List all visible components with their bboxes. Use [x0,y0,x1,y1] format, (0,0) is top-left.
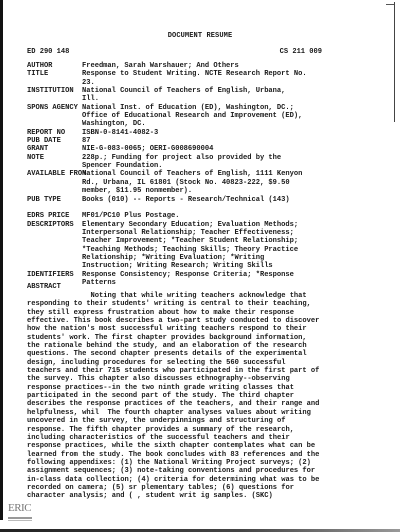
cs-number: CS 211 009 [280,48,322,56]
field-pub-date: PUB DATE 87 [27,137,387,145]
field-value: NIE-G-083-0065; OERI-G008690004 [82,145,387,153]
field-descriptors: DESCRIPTORS Elementary Secondary Educati… [27,221,387,271]
field-label: AVAILABLE FROM [27,170,82,195]
field-edrs-price: EDRS PRICE MF01/PC10 Plus Postage. [27,212,387,220]
field-label: PUB TYPE [27,196,82,204]
field-label: PUB DATE [27,137,82,145]
field-value: MF01/PC10 Plus Postage. [82,212,387,220]
field-label: SPONS AGENCY [27,104,82,129]
scan-left-border [0,0,3,520]
field-value: Response Consistency; Response Criteria;… [82,271,387,288]
field-spons-agency: SPONS AGENCY National Inst. of Education… [27,104,387,129]
abstract-text: Noting that while writing teachers ackno… [27,292,357,501]
field-label: INSTITUTION [27,87,82,104]
field-available-from: AVAILABLE FROM National Council of Teach… [27,170,387,195]
field-value: 228p.; Funding for project also provided… [82,154,387,171]
field-grant: GRANT NIE-G-083-0065; OERI-G008690004 [27,145,387,153]
field-label: AUTHOR [27,62,82,70]
field-value: National Council of Teachers of English,… [82,170,387,195]
field-label: GRANT [27,145,82,153]
field-value: National Council of Teachers of English,… [82,87,387,104]
metadata-fields: AUTHOR Freedman, Sarah Warshauer; And Ot… [27,62,387,287]
field-institution: INSTITUTION National Council of Teachers… [27,87,387,104]
document-heading: DOCUMENT RESUME [0,32,400,40]
field-title: TITLE Response to Student Writing. NCTE … [27,70,387,87]
field-pub-type: PUB TYPE Books (010) -- Reports - Resear… [27,196,387,204]
field-value: Freedman, Sarah Warshauer; And Others [82,62,387,70]
field-value: Response to Student Writing. NCTE Resear… [82,70,387,87]
ed-number: ED 290 148 [27,48,69,56]
field-label: TITLE [27,70,82,87]
scan-right-corner [386,4,394,5]
eric-logo-text: ERIC [8,502,31,514]
field-value: 87 [82,137,387,145]
field-value: National Inst. of Education (ED), Washin… [82,104,387,129]
field-label: NOTE [27,154,82,171]
field-author: AUTHOR Freedman, Sarah Warshauer; And Ot… [27,62,387,70]
field-value: Books (010) -- Reports - Research/Techni… [82,196,387,204]
scan-right-border [394,2,395,122]
field-value: ISBN-0-8141-4082-3 [82,129,387,137]
field-label: DESCRIPTORS [27,221,82,271]
field-report-no: REPORT NO ISBN-0-8141-4082-3 [27,129,387,137]
field-label: EDRS PRICE [27,212,82,220]
eric-logo-bar [8,517,32,519]
field-identifiers: IDENTIFIERS Response Consistency; Respon… [27,271,387,288]
eric-logo: ERIC [8,504,34,522]
abstract-heading: ABSTRACT [27,283,61,291]
field-note: NOTE 228p.; Funding for project also pro… [27,154,387,171]
field-value: Elementary Secondary Education; Evaluati… [82,221,387,271]
field-label: REPORT NO [27,129,82,137]
eric-logo-bar [8,520,32,521]
